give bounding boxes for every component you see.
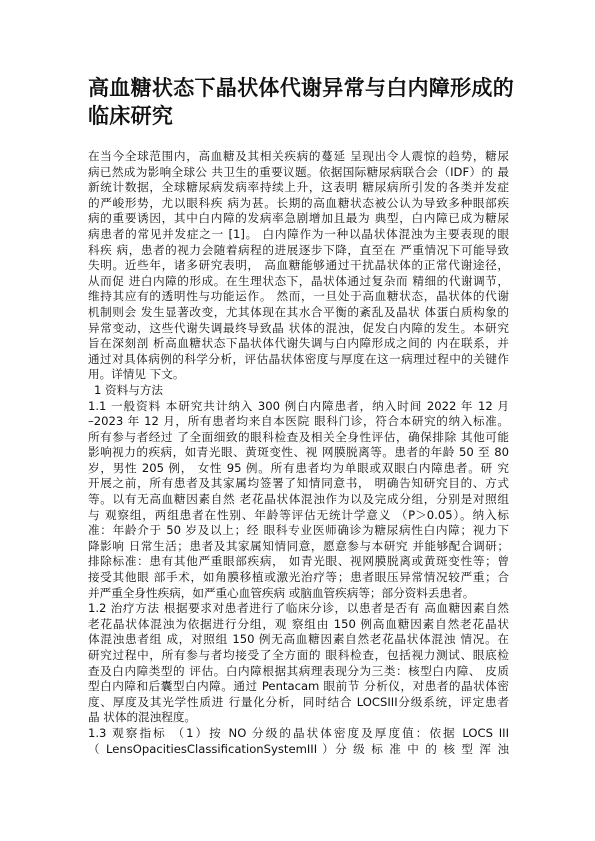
body-text-line: 岁，男性 205 例， 女性 95 例。所有患者均为单眼或双眼白内障患者。研 究 (88, 461, 509, 477)
body-text-line: 排除标准：患有其他严重眼部疾病， 如青光眼、视网膜脱离或黄斑变性等；曾 (88, 554, 509, 570)
body-text-line: 的严峻形势，尤以眼科疾 病为甚。长期的高血糖状态被公认为导致多种眼部疾 (88, 196, 509, 212)
title-line-2: 临床研究 (88, 102, 518, 130)
paper-title: 高血糖状态下晶状体代谢异常与白内障形成的 临床研究 (88, 74, 518, 130)
body-text-line: 用。详情见 下文。 (88, 367, 509, 383)
body-text-line: 接受其他眼 部手术，如角膜移植或激光治疗等；患者眼压异常情况较严重；合 (88, 570, 509, 586)
body-text-line: 开展之前，所有患者及其家属均签署了知情同意书， 明确告知研究目的、方式 (88, 476, 509, 492)
document-page: 高血糖状态下晶状体代谢异常与白内障形成的 临床研究 在当今全球范围内，高血糖及其… (0, 0, 595, 841)
body-text-line: 1.1 一般资料 本研究共计纳入 300 例白内障患者，纳入时间 2022 年 … (88, 399, 509, 415)
body-text-line: 降影响 日常生活；患者及其家属知情同意，愿意参与本研究 并能够配合调研； (88, 539, 509, 555)
section-heading: 1 资料与方法 (88, 383, 509, 399)
body-text-line: 通过对具体病例的科学分析，评估晶状体密度与厚度在这一病理过程中的关键作 (88, 352, 509, 368)
body-text-line: 所有参与者经过 了全面细致的眼科检查及相关全身性评估，确保排除 其他可能 (88, 430, 509, 446)
body-text-line: 病患者的常见并发症之一 [1]。 白内障作为一种以晶状体混浊为主要表现的眼 (88, 227, 509, 243)
body-text-line: 维持其应有的透明性与功能运作。 然而，一旦处于高血糖状态，晶状体的代谢 (88, 289, 509, 305)
body-text-line: 型白内障和后囊型白内障。通过 Pentacam 眼前节 分析仪，对患者的晶状体密 (88, 679, 509, 695)
body-text-line: 老花晶状体混浊为依据进行分组，观 察组由 150 例高血糖因素自然老花晶状 (88, 617, 509, 633)
body-text-line: 查及白内障类型的 评估。白内障根据其病理表现分为三类：核型白内障、 皮质 (88, 664, 509, 680)
paper-body: 在当今全球范围内，高血糖及其相关疾病的蔓延 呈现出令人震惊的趋势，糖尿病已然成为… (88, 149, 509, 757)
body-text-line: 研究过程中，所有参与者均接受了全方面的 眼科检查，包括视力测试、眼底检 (88, 648, 509, 664)
body-text-line: 1.2 治疗方法 根据要求对患者进行了临床分诊，以患者是否有 高血糖因素自然 (88, 601, 509, 617)
body-text-line: 旨在深刻剖 析高血糖状态下晶状体代谢失调与白内障形成之间的 内在联系，并 (88, 336, 509, 352)
body-text-line: 准：年龄介于 50 岁及以上；经 眼科专业医师确诊为糖尿病性白内障；视力下 (88, 523, 509, 539)
body-text-line: 病的重要诱因，其中白内障的发病率急剧增加且最为 典型，白内障已成为糖尿 (88, 211, 509, 227)
body-text-line: 异常变动，这些代谢失调最终导致晶 状体的混浊，促发白内障的发生。本研究 (88, 321, 509, 337)
body-text-line: 在当今全球范围内，高血糖及其相关疾病的蔓延 呈现出令人震惊的趋势，糖尿 (88, 149, 509, 165)
body-text-line: 机制则会 发生显著改变，尤其体现在其水合平衡的紊乱及晶状 体蛋白质构象的 (88, 305, 509, 321)
body-text-line: 科疾 病，患者的视力会随着病程的进展逐步下降，直至在 严重情况下可能导致 (88, 243, 509, 259)
body-text-line: 度、厚度及其光学性质进 行量化分析，同时结合 LOCSIII分级系统，评定患者 (88, 695, 509, 711)
body-text-line: 从而促 进白内障的形成。在生理状态下，晶状体通过复杂而 精细的代谢调节， (88, 274, 509, 290)
body-text-line: 失明。近些年，诸多研究表明， 高血糖能够通过干扰晶状体的正常代谢途径， (88, 258, 509, 274)
body-text-line: 影响视力的疾病，如青光眼、黄斑变性、视 网膜脱离等。患者的年龄 50 至 80 (88, 445, 509, 461)
body-text-line: 与 观察组，两组患者在性别、年龄等评估无统计学意义 （P＞0.05）。纳入标 (88, 508, 509, 524)
body-text-line: 并严重全身性疾病，如严重心血管疾病 或脑血管疾病等；部分资料丢患者。 (88, 586, 509, 602)
body-text-line: 等。以有无高血糖因素自然 老花晶状体混浊作为以及完成分组，分别是对照组 (88, 492, 509, 508)
body-text-line: 1.3 观察指标 （1）按 NO 分级的晶状体密度及厚度值：依据 LOCS II… (88, 726, 509, 742)
body-text-line: 体混浊患者组 成，对照组 150 例无高血糖因素自然老花晶状体混浊 情况。在 (88, 632, 509, 648)
body-text-line: 晶 状体的混浊程度。 (88, 710, 509, 726)
title-line-1: 高血糖状态下晶状体代谢异常与白内障形成的 (88, 74, 518, 102)
body-text-line: （ LensOpacitiesClassificationSystemIII ）… (88, 742, 509, 758)
body-text-line: –2023 年 12 月，所有患者均来自本医院 眼科门诊，符合本研究的纳入标准。 (88, 414, 509, 430)
body-text-line: 病已然成为影响全球公 共卫生的重要议题。依据国际糖尿病联合会（IDF）的 最 (88, 165, 509, 181)
body-text-line: 新统计数据，全球糖尿病发病率持续上升，这表明 糖尿病所引发的各类并发症 (88, 180, 509, 196)
